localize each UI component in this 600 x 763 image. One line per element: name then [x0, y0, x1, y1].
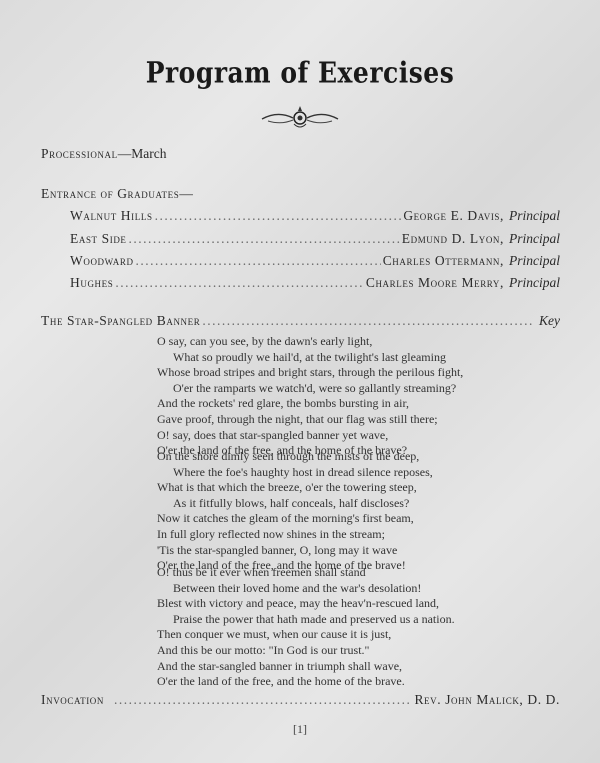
entrance-heading: Entrance of Graduates—: [41, 186, 193, 202]
principal-role: Principal: [509, 208, 560, 224]
page-number: [1]: [0, 722, 600, 737]
verse-line: O say, can you see, by the dawn's early …: [157, 334, 463, 350]
anthem-stanza-1: O say, can you see, by the dawn's early …: [157, 334, 463, 459]
principal-name: George E. Davis,: [403, 208, 504, 224]
school-row: East Side Edmund D. Lyon, Principal: [70, 231, 560, 247]
principal-name: Charles Ottermann,: [383, 253, 504, 269]
verse-line: As it fitfully blows, half conceals, hal…: [157, 496, 433, 512]
school-row: Walnut Hills George E. Davis, Principal: [70, 208, 560, 224]
school-name: Woodward: [70, 253, 134, 269]
decorative-flourish-icon: [260, 104, 340, 130]
leader-dots: [202, 313, 532, 329]
page-title: Program of Exercises: [0, 56, 600, 89]
anthem-title: The Star-Spangled Banner: [41, 313, 200, 329]
leader-dots: [115, 275, 363, 291]
school-name: East Side: [70, 231, 127, 247]
processional-label: Processional: [41, 146, 118, 161]
verse-line: O'er the ramparts we watch'd, were so ga…: [157, 381, 463, 397]
leader-dots: [129, 231, 400, 247]
verse-line: And the star-sangled banner in triumph s…: [157, 659, 455, 675]
school-row: Hughes Charles Moore Merry, Principal: [70, 275, 560, 291]
verse-line: Blest with victory and peace, may the he…: [157, 596, 455, 612]
verse-line: What so proudly we hail'd, at the twilig…: [157, 350, 463, 366]
verse-line: In full glory reflected now shines in th…: [157, 527, 433, 543]
principal-name: Charles Moore Merry,: [366, 275, 504, 291]
verse-line: Between their loved home and the war's d…: [157, 581, 455, 597]
verse-line: On the shore dimly seen through the mist…: [157, 449, 433, 465]
leader-dots: [114, 692, 412, 708]
principal-name: Edmund D. Lyon,: [402, 231, 504, 247]
anthem-author: Key: [539, 313, 560, 329]
leader-dots: [136, 253, 381, 269]
verse-line: Praise the power that hath made and pres…: [157, 612, 455, 628]
verse-line: 'Tis the star-spangled banner, O, long m…: [157, 543, 433, 559]
verse-line: And this be our motto: "In God is our tr…: [157, 643, 455, 659]
processional-item: Processional—March: [41, 146, 166, 162]
anthem-stanza-3: O! thus be it ever when freemen shall st…: [157, 565, 455, 690]
anthem-stanza-2: On the shore dimly seen through the mist…: [157, 449, 433, 574]
program-page: Program of Exercises Processional—March …: [0, 0, 600, 763]
school-name: Hughes: [70, 275, 113, 291]
school-row: Woodward Charles Ottermann, Principal: [70, 253, 560, 269]
verse-line: O! say, does that star-spangled banner y…: [157, 428, 463, 444]
principal-role: Principal: [509, 275, 560, 291]
processional-value: March: [131, 146, 166, 161]
principal-role: Principal: [509, 253, 560, 269]
principal-role: Principal: [509, 231, 560, 247]
verse-line: And the rockets' red glare, the bombs bu…: [157, 396, 463, 412]
verse-line: O! thus be it ever when freemen shall st…: [157, 565, 455, 581]
verse-line: O'er the land of the free, and the home …: [157, 674, 455, 690]
school-name: Walnut Hills: [70, 208, 153, 224]
invocation-label: Invocation: [41, 692, 104, 708]
invocation-person: Rev. John Malick, D. D.: [414, 692, 560, 708]
verse-line: Then conquer we must, when our cause it …: [157, 627, 455, 643]
invocation-row: Invocation Rev. John Malick, D. D.: [41, 692, 560, 708]
anthem-row: The Star-Spangled Banner Key: [41, 313, 560, 329]
verse-line: Now it catches the gleam of the morning'…: [157, 511, 433, 527]
verse-line: Gave proof, through the night, that our …: [157, 412, 463, 428]
verse-line: Where the foe's haughty host in dread si…: [157, 465, 433, 481]
leader-dots: [155, 208, 402, 224]
verse-line: Whose broad stripes and bright stars, th…: [157, 365, 463, 381]
processional-dash: —: [118, 146, 132, 161]
verse-line: What is that which the breeze, o'er the …: [157, 480, 433, 496]
